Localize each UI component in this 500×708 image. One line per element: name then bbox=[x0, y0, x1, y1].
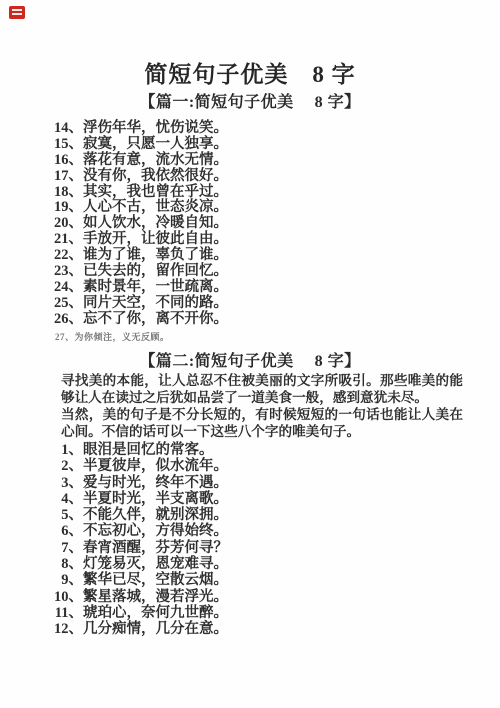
item-text: 同片天空，不同的路。 bbox=[83, 295, 228, 311]
item-text: 灯笼易灭，恩宠难寻。 bbox=[83, 556, 228, 572]
item-number: 4、 bbox=[40, 491, 83, 507]
item-text: 没有你，我依然很好。 bbox=[83, 168, 228, 184]
item-text: 浮伤年华，忧伤说笑。 bbox=[83, 120, 228, 136]
item-text: 不能久伴，就别深拥。 bbox=[83, 507, 228, 523]
item-number: 11、 bbox=[40, 605, 83, 621]
list-item: 22、谁为了谁，辜负了谁。 bbox=[40, 248, 228, 264]
item-text: 繁星落城，漫若浮光。 bbox=[83, 589, 228, 605]
list-item: 19、人心不古，世态炎凉。 bbox=[40, 200, 228, 216]
phrase-list-1: 14、浮伤年华，忧伤说笑。 15、寂寞，只愿一人独享。 16、落花有意，流水无情… bbox=[40, 121, 228, 328]
list-item: 26、忘不了你，离不开你。 bbox=[40, 312, 228, 328]
item-number: 21、 bbox=[40, 232, 83, 248]
footnote-line: 27、为你倾注，义无反顾。 bbox=[55, 330, 170, 343]
site-logo-badge bbox=[9, 6, 25, 19]
list-item: 7、春宵酒醒，芬芳何寻？ bbox=[40, 540, 228, 556]
item-number: 3、 bbox=[40, 475, 83, 491]
item-text: 琥珀心，奈何九世醉。 bbox=[83, 605, 228, 621]
list-item: 5、不能久伴，就别深拥。 bbox=[40, 507, 228, 523]
item-text: 落花有意，流水无情。 bbox=[83, 152, 228, 168]
item-text: 不忘初心，方得始终。 bbox=[83, 523, 228, 539]
item-number: 14、 bbox=[40, 121, 83, 137]
list-item: 10、繁星落城，漫若浮光。 bbox=[40, 589, 228, 605]
item-text: 手放开，让彼此自由。 bbox=[83, 231, 228, 247]
item-number: 16、 bbox=[40, 153, 83, 169]
item-number: 1、 bbox=[40, 442, 83, 458]
item-text: 素时景年，一世疏离。 bbox=[83, 279, 228, 295]
item-number: 25、 bbox=[40, 296, 83, 312]
item-text: 寂寞，只愿一人独享。 bbox=[83, 136, 228, 152]
phrase-list-2: 1、眼泪是回忆的常客。 2、半夏彼岸，似水流年。 3、爱与时光，终年不遇。 4、… bbox=[40, 442, 228, 638]
item-text: 几分痴情，几分在意。 bbox=[83, 621, 228, 637]
item-number: 6、 bbox=[40, 523, 83, 539]
paragraph-1: 寻找美的本能，让人总忍不住被美丽的文字所吸引。那些唯美的能够让人在读过之后犹如品… bbox=[61, 372, 463, 406]
list-item: 3、爱与时光，终年不遇。 bbox=[40, 475, 228, 491]
item-text: 春宵酒醒，芬芳何寻？ bbox=[83, 540, 228, 556]
item-number: 15、 bbox=[40, 137, 83, 153]
item-text: 人心不古，世态炎凉。 bbox=[83, 199, 228, 215]
item-text: 半夏彼岸，似水流年。 bbox=[83, 458, 228, 474]
item-number: 23、 bbox=[40, 264, 83, 280]
item-number: 26、 bbox=[40, 312, 83, 328]
item-number: 8、 bbox=[40, 556, 83, 572]
item-number: 2、 bbox=[40, 458, 83, 474]
list-item: 20、如人饮水，冷暖自知。 bbox=[40, 216, 228, 232]
item-text: 爱与时光，终年不遇。 bbox=[83, 475, 228, 491]
list-item: 23、已失去的，留作回忆。 bbox=[40, 264, 228, 280]
item-text: 已失去的，留作回忆。 bbox=[83, 263, 228, 279]
list-item: 24、素时景年，一世疏离。 bbox=[40, 280, 228, 296]
list-item: 2、半夏彼岸，似水流年。 bbox=[40, 458, 228, 474]
item-number: 17、 bbox=[40, 169, 83, 185]
item-text: 眼泪是回忆的常客。 bbox=[83, 442, 214, 458]
item-text: 半夏时光，半支离歌。 bbox=[83, 491, 228, 507]
list-item: 8、灯笼易灭，恩宠难寻。 bbox=[40, 556, 228, 572]
item-text: 如人饮水，冷暖自知。 bbox=[83, 215, 228, 231]
item-text: 繁华已尽，空散云烟。 bbox=[83, 572, 228, 588]
page-title: 简短句子优美 8 字 bbox=[0, 56, 500, 89]
item-number: 20、 bbox=[40, 216, 83, 232]
item-number: 18、 bbox=[40, 185, 83, 201]
document-page: 简短句子优美 8 字 【篇一:简短句子优美 8 字】 14、浮伤年华，忧伤说笑。… bbox=[0, 0, 500, 708]
list-item: 16、落花有意，流水无情。 bbox=[40, 153, 228, 169]
list-item: 15、寂寞，只愿一人独享。 bbox=[40, 137, 228, 153]
item-text: 谁为了谁，辜负了谁。 bbox=[83, 247, 228, 263]
item-number: 10、 bbox=[40, 589, 83, 605]
section1-heading: 【篇一:简短句子优美 8 字】 bbox=[0, 89, 500, 112]
item-text: 其实，我也曾在乎过。 bbox=[83, 184, 228, 200]
list-item: 11、琥珀心，奈何九世醉。 bbox=[40, 605, 228, 621]
list-item: 9、繁华已尽，空散云烟。 bbox=[40, 572, 228, 588]
list-item: 25、同片天空，不同的路。 bbox=[40, 296, 228, 312]
item-number: 7、 bbox=[40, 540, 83, 556]
item-number: 19、 bbox=[40, 200, 83, 216]
item-text: 忘不了你，离不开你。 bbox=[83, 311, 228, 327]
intro-paragraphs: 寻找美的本能，让人总忍不住被美丽的文字所吸引。那些唯美的能够让人在读过之后犹如品… bbox=[61, 372, 463, 440]
item-number: 22、 bbox=[40, 248, 83, 264]
list-item: 21、手放开，让彼此自由。 bbox=[40, 232, 228, 248]
section2-heading: 【篇二:简短句子优美 8 字】 bbox=[0, 348, 500, 371]
paragraph-2: 当然，美的句子是不分长短的，有时候短短的一句话也能让人美在心间。不信的话可以一下… bbox=[61, 406, 463, 440]
list-item: 6、不忘初心，方得始终。 bbox=[40, 523, 228, 539]
list-item: 1、眼泪是回忆的常客。 bbox=[40, 442, 228, 458]
item-number: 12、 bbox=[40, 621, 83, 637]
item-number: 9、 bbox=[40, 572, 83, 588]
item-number: 5、 bbox=[40, 507, 83, 523]
list-item: 14、浮伤年华，忧伤说笑。 bbox=[40, 121, 228, 137]
list-item: 12、几分痴情，几分在意。 bbox=[40, 621, 228, 637]
list-item: 17、没有你，我依然很好。 bbox=[40, 169, 228, 185]
item-number: 24、 bbox=[40, 280, 83, 296]
list-item: 4、半夏时光，半支离歌。 bbox=[40, 491, 228, 507]
